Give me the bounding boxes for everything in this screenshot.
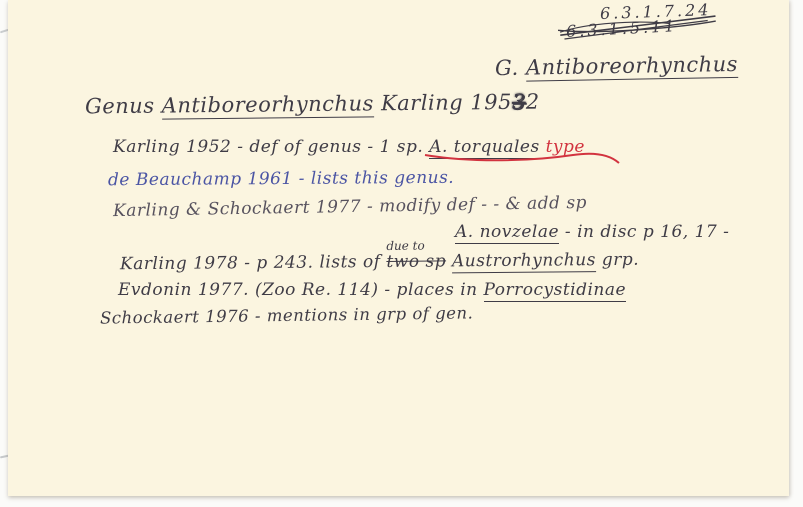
corner-genus-name: Antiboreorhynchus xyxy=(526,52,739,82)
inserted-words: due to xyxy=(386,239,424,253)
entry-novzelae-rest: - in disc p 16, 17 - xyxy=(559,222,729,242)
entry-novzelae: A. novzelae - in disc p 16, 17 - xyxy=(455,222,729,242)
family-porrocystidinae: Porrocystidinae xyxy=(484,280,627,302)
entry-schockaert-1976-text: Schockaert 1976 - mentions in grp of gen… xyxy=(100,303,474,327)
entry-beauchamp-1961: de Beauchamp 1961 - lists this genus. xyxy=(108,168,454,190)
entry-karling-1952: Karling 1952 - def of genus - 1 sp. A. t… xyxy=(113,137,585,157)
entry-karling-1978-pre: Karling 1978 - p 243. lists of xyxy=(120,252,387,274)
struck-words: two sp xyxy=(386,251,446,272)
corner-genus-label: G. Antiboreorhynchus xyxy=(495,52,738,80)
entry-evdonin-1977-pre: Evdonin 1977. (Zoo Re. 114) - places in xyxy=(118,280,484,300)
entry-karling-schockaert-1977: Karling & Schockaert 1977 - modify def -… xyxy=(113,193,587,221)
heading-struck-digit: 3 xyxy=(512,90,526,114)
entry-karling-1952-text: Karling 1952 - def of genus - 1 sp. xyxy=(113,137,429,157)
entry-schockaert-1976: Schockaert 1976 - mentions in grp of gen… xyxy=(100,303,474,327)
card-heading: Genus Antiboreorhynchus Karling 19532 xyxy=(85,90,540,119)
correction-group: two spdue to xyxy=(386,251,446,272)
corner-genus-abbr: G. xyxy=(495,56,519,80)
heading-author-year: Karling 195 xyxy=(381,90,512,115)
catalog-number-old-wrap: 6.3.1.5.11 xyxy=(566,16,678,41)
genus-austrorhynchus: Austrorhynchus xyxy=(452,250,596,273)
entry-beauchamp-1961-text: de Beauchamp 1961 - lists this genus. xyxy=(108,168,454,190)
entry-karling-schockaert-1977-text: Karling & Schockaert 1977 - modify def -… xyxy=(113,193,587,221)
entry-karling-1978: Karling 1978 - p 243. lists of two spdue… xyxy=(120,250,639,275)
heading-genus-name: Antiboreorhynchus xyxy=(162,91,374,119)
species-torquales: A. torquales xyxy=(429,137,539,159)
catalog-number-crossed-out: 6.3.1.5.11 xyxy=(566,16,678,41)
entry-karling-1978-post: grp. xyxy=(596,250,639,270)
species-novzelae: A. novzelae xyxy=(455,222,559,244)
entry-evdonin-1977: Evdonin 1977. (Zoo Re. 114) - places in … xyxy=(118,280,626,300)
index-card: 6.3.1.7.24 6.3.1.5.11 G. Antiboreorhynch… xyxy=(8,0,789,496)
heading-corrected-digit: 2 xyxy=(526,90,540,114)
catalog-number-old-text: 6.3.1.5.11 xyxy=(566,16,678,41)
heading-word-genus: Genus xyxy=(85,94,155,119)
type-label: type xyxy=(546,137,585,157)
species-type-group: A. torquales type xyxy=(429,137,585,157)
